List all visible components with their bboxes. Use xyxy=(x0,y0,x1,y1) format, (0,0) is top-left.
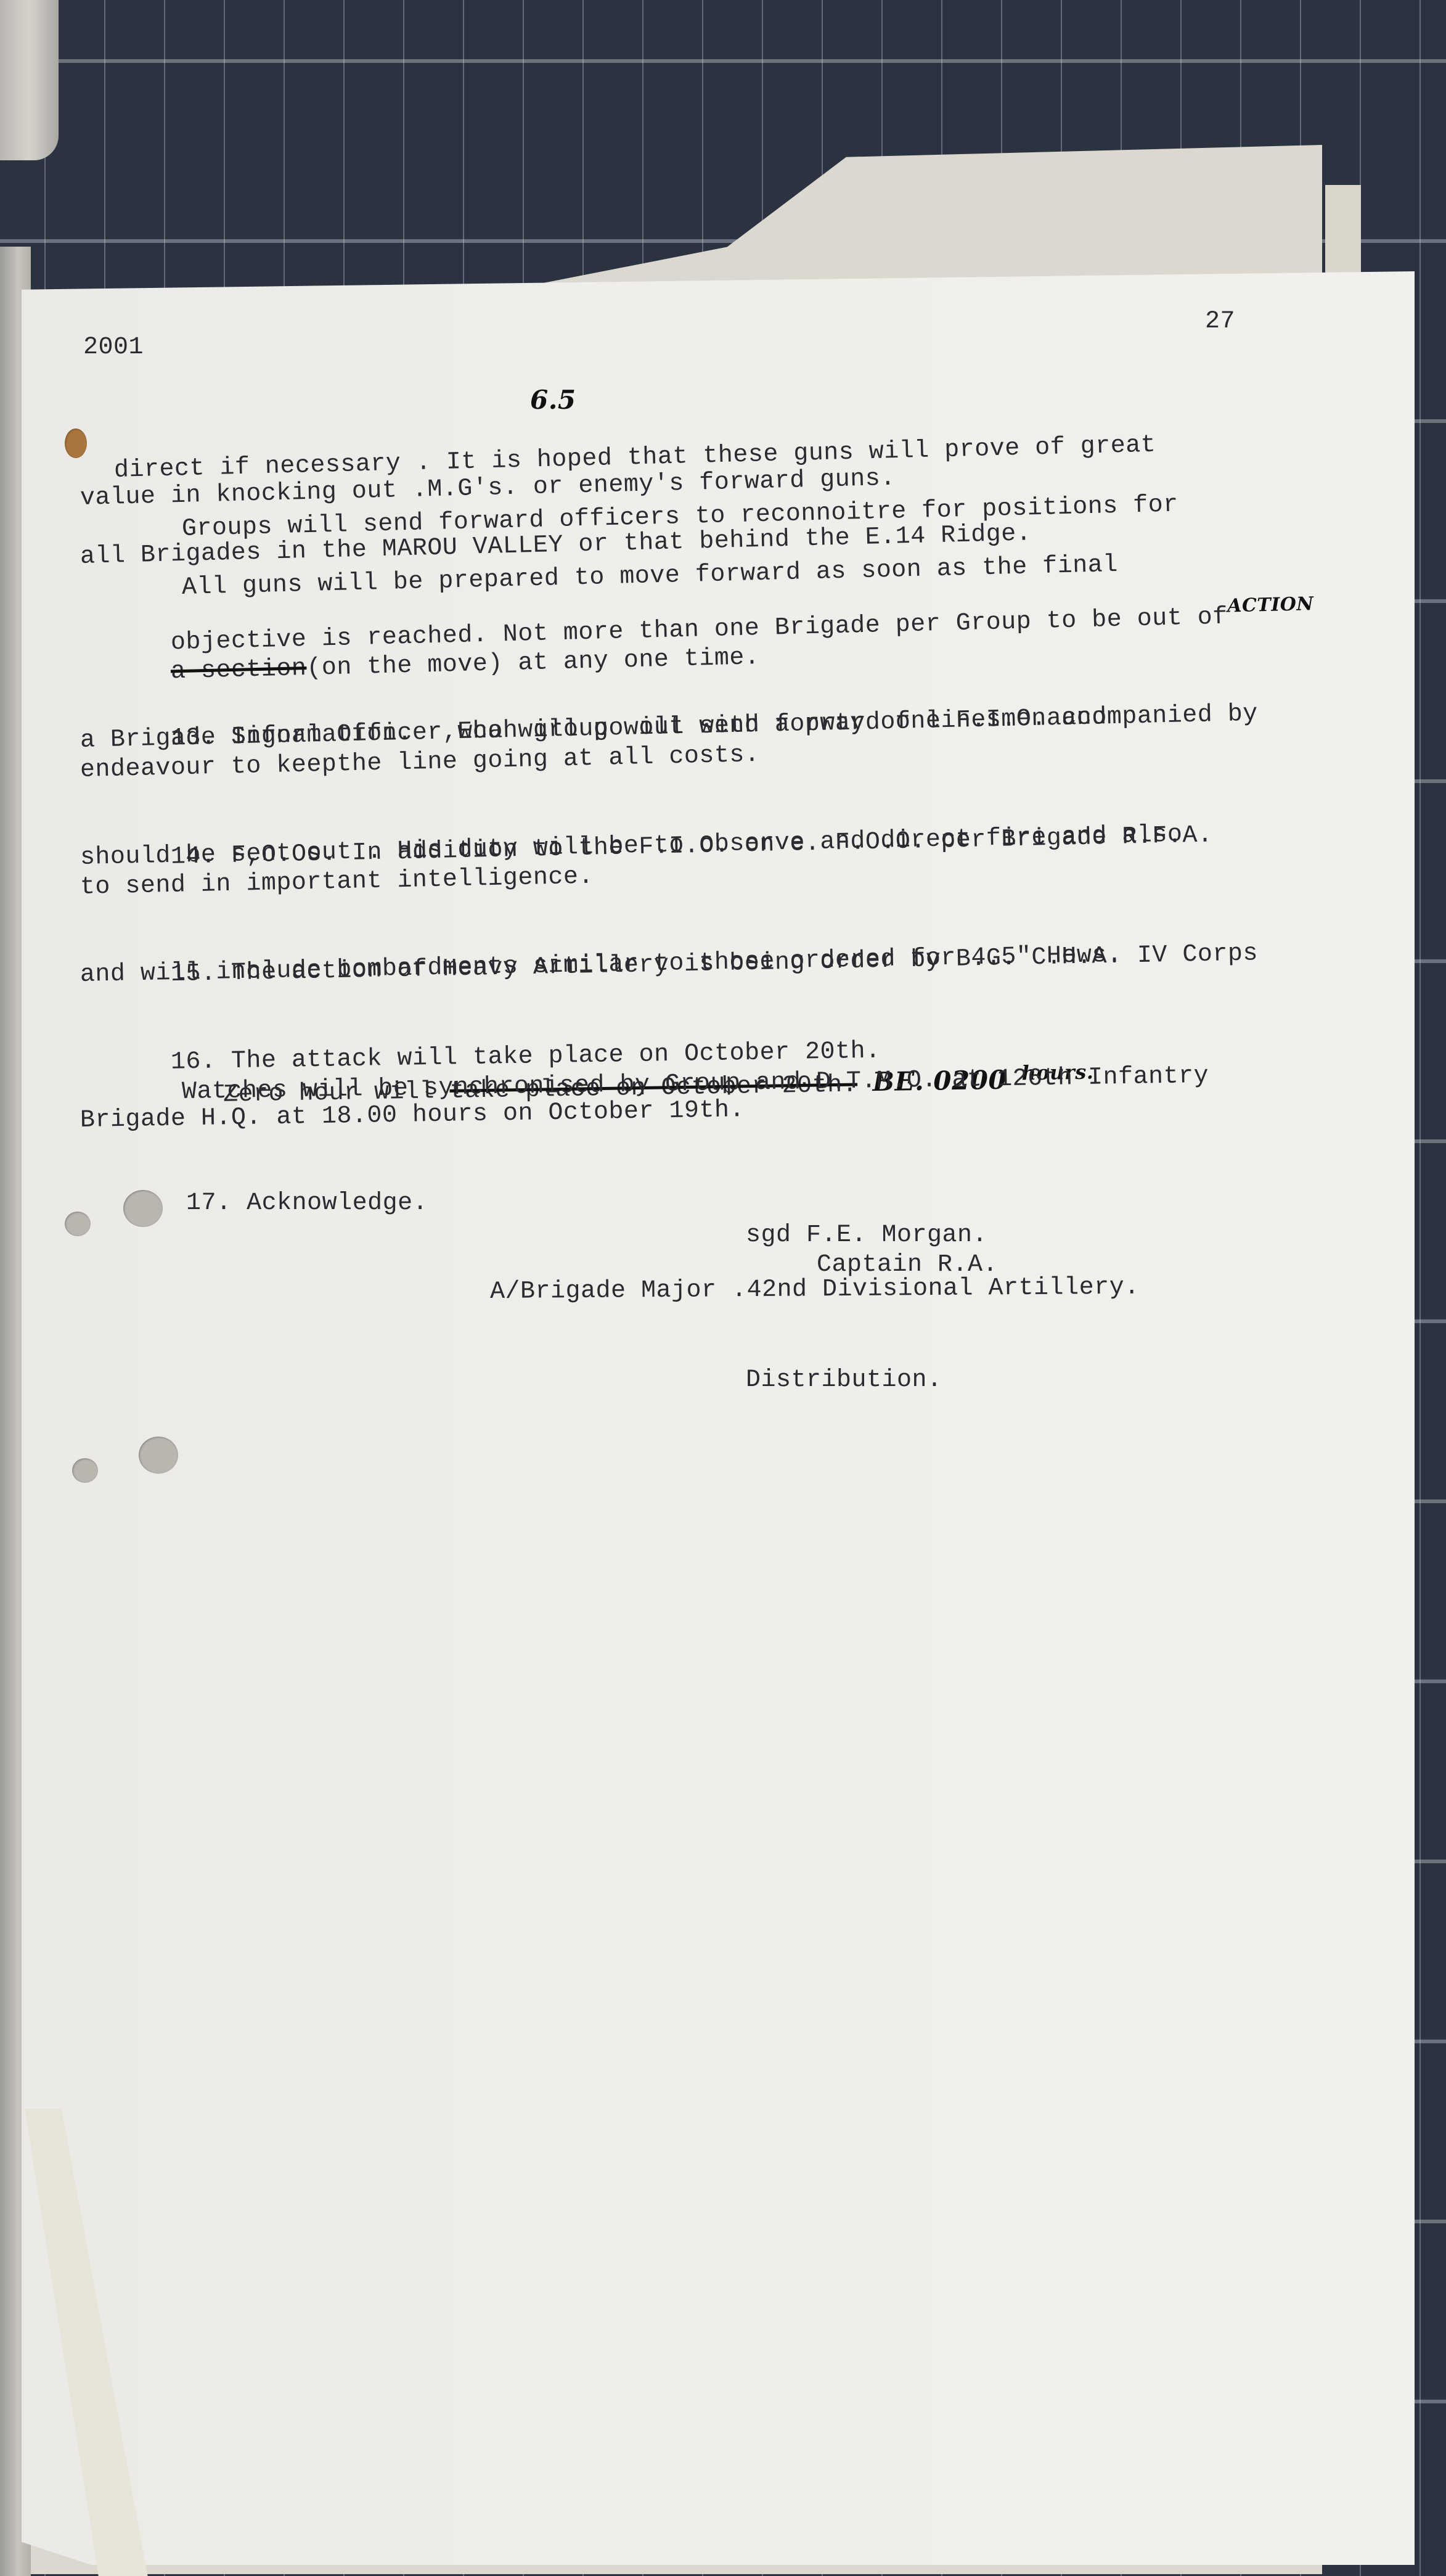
signature-title: A/Brigade Major .42nd Divisional Artille… xyxy=(490,1273,1140,1307)
p17-number: 17. xyxy=(186,1189,232,1217)
distribution-label: Distribution. xyxy=(746,1366,942,1395)
punch-hole xyxy=(65,1212,91,1236)
struck-a-section: a section xyxy=(170,655,307,686)
punch-hole-rusted xyxy=(65,429,87,458)
page-number: 27 xyxy=(1205,307,1235,337)
handwritten-action: ACTION xyxy=(1227,593,1314,617)
document-page: 2001 27 6.5 direct if necessary . It is … xyxy=(22,271,1415,2565)
signature-name: sgd F.E. Morgan. xyxy=(746,1221,987,1250)
punch-hole xyxy=(72,1458,98,1483)
acknowledge-text: Acknowledge. xyxy=(247,1189,428,1217)
handwritten-ref: 6.5 xyxy=(530,385,576,415)
punch-hole xyxy=(123,1190,163,1227)
cloth-strap xyxy=(0,0,59,160)
folio-number: 2001 xyxy=(83,333,144,363)
typed-text: 2001 27 6.5 direct if necessary . It is … xyxy=(22,271,1415,2565)
p12-last-line: (on the move) at any one time. xyxy=(306,644,760,683)
punch-hole xyxy=(139,1437,178,1474)
